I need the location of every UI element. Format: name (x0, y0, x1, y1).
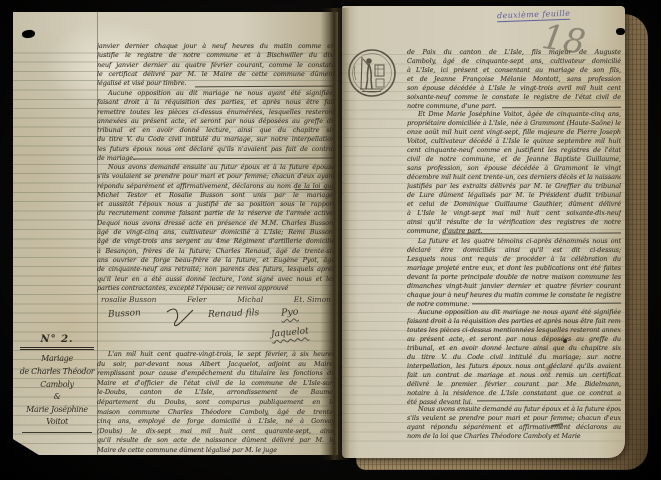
handwritten-line: remplissant pour cause d'empêchement du … (97, 369, 335, 379)
handwritten-line: ans ouvrier de forge beau-frère de la fu… (97, 256, 335, 265)
handwritten-line: le-Doubs, canton de L'Isle, arrondisseme… (97, 388, 335, 398)
handwritten-line: de cinquante-neuf ans retraité; non pare… (97, 265, 335, 274)
handwritten-line: à L'Isle, ici présent et consentant au m… (407, 66, 621, 75)
handwritten-line: remettre toutes les pièces ci-dessus énu… (97, 108, 335, 117)
register-scan: janvier dernier chaque jour à neuf heure… (0, 0, 661, 480)
handwritten-line: et aussitôt l'époux nous a justifié de s… (97, 200, 335, 209)
handwritten-line: commune, d'autre part. (407, 227, 621, 236)
left-page: janvier dernier chaque jour à neuf heure… (13, 12, 338, 455)
page-number: 18 (539, 17, 588, 63)
ink-speck (563, 339, 567, 343)
right-paragraph-publications: La future et les quatre témoins ci-après… (407, 237, 621, 309)
margin-divider (20, 349, 94, 350)
handwritten-line: à L'Isle le vingt-sept mai mil huit cent… (407, 209, 621, 218)
handwritten-line: département du Doubs, sont comparus publ… (97, 398, 335, 408)
handwritten-line: neuf janvier dernier au quatre février c… (97, 61, 335, 70)
right-paragraph-bride: Et Dme Marie Joséphine Voitot, âgée de c… (407, 110, 621, 236)
handwritten-line: s'ils voulaient se prendre pour mari et … (97, 172, 335, 181)
handwritten-line: onze août mil huit cent vingt-sept, fill… (407, 128, 621, 137)
handwritten-line: au présent acte, et seront par nous dépo… (407, 335, 621, 344)
handwritten-line: son épouse décédée à L'Isle le vingt-tro… (407, 84, 621, 93)
signature: rosalie Busson (101, 295, 156, 304)
handwritten-line: Voitot (18, 416, 96, 429)
handwritten-line: (Doubs) le dix-sept mai mil huit cent qu… (97, 427, 335, 437)
left-paragraph-union-declaration: Nous avons demandé ensuite au futur épou… (97, 163, 335, 293)
handwritten-line: janvier dernier chaque jour à neuf heure… (97, 42, 335, 51)
handwritten-line: du recrutement comme faisant partie de l… (97, 209, 335, 218)
timbre-stamp-icon (347, 46, 397, 100)
signature: Pyo (281, 306, 299, 318)
handwritten-line: annexées au présent acte, et seront par … (97, 117, 335, 126)
margin-divider (20, 347, 94, 348)
handwritten-line: du soir, par-devant nous Albert Jacquelo… (97, 360, 335, 370)
handwritten-line: Maire de cette commune dûment légalisé p… (97, 446, 335, 456)
handwritten-line: du titre V. du Code civil intitulé du ma… (407, 353, 621, 362)
handwritten-line: et de Jeanne Françoise Mélanie Montott, … (407, 75, 621, 84)
handwritten-line: décembre mil huit cent trente-un, ces de… (407, 173, 621, 182)
handwritten-line: Et Dme Marie Joséphine Voitot, âgée de c… (407, 110, 621, 119)
signature-paraph (163, 306, 197, 328)
paper-stain (543, 364, 554, 373)
handwritten-line: maison commune Charles Théodore Camboly,… (97, 408, 335, 418)
handwritten-line: déclaré être domiciliés ainsi qu'il est … (407, 246, 621, 255)
witness-written-names-row: rosalie Busson Feler Michal Et. Simon (101, 295, 331, 304)
handwritten-line: de Lure dûment légalisés par M. le Prési… (407, 191, 621, 200)
handwritten-line: toutes les pièces ci-dessus mentionnées … (407, 326, 621, 335)
signature: Renaud fils (208, 308, 260, 320)
left-paragraph-act2-opening: L'an mil huit cent quatre-vingt-trois, l… (97, 350, 335, 456)
handwritten-line: propriétaire domiciliée à L'Isle, née à … (407, 119, 621, 128)
handwritten-line: dimanches vingt-huit janvier dernier et … (407, 282, 621, 291)
handwritten-line: qu'il résulte de son acte de naissance d… (97, 436, 335, 446)
handwritten-line: le certificat délivré par M. le Maire de… (97, 70, 335, 79)
handwritten-line: les futurs époux nous ont déclaré qu'ils… (97, 145, 335, 154)
handwritten-line: faisant droit à la réquisition des parti… (407, 317, 621, 326)
handwritten-line: chaque jour à neuf heures du matin comme… (407, 291, 621, 300)
handwritten-line: fait un contrat de mariage et nous ont r… (407, 371, 621, 380)
handwritten-line: soixante-neuf comme le constate le regis… (407, 93, 621, 102)
handwritten-line: sans profession, son épouse décédée à Gr… (407, 164, 621, 173)
handwritten-line: parties contractantes, excepté l'épouse;… (97, 284, 335, 293)
handwritten-line: Dequoi nous avons dressé acte en présenc… (97, 219, 335, 228)
handwritten-line: s'ils veulent se prendre pour mari et po… (407, 414, 621, 423)
handwritten-line: Maire et d'officier de l'état civil de l… (97, 379, 335, 389)
handwritten-line: délivré le premier février courant par M… (407, 380, 621, 389)
handwritten-line: cent cinquante-neuf comme en justifient … (407, 146, 621, 155)
handwritten-line: mariage projeté entre eux, et dont les p… (407, 264, 621, 273)
left-paragraph-publications: janvier dernier chaque jour à neuf heure… (97, 42, 335, 88)
handwritten-line: de Charles Théodor (18, 366, 96, 379)
right-paragraph-no-opposition-contract: Aucune opposition au dit mariage ne nous… (407, 308, 621, 407)
handwritten-line: Aucune opposition au dit mariage ne nous… (407, 308, 621, 317)
handwritten-line: Lesquels nous ont requis de procéder à l… (407, 255, 621, 264)
handwritten-line: qu'il leur en a été aussi donné lecture,… (97, 275, 335, 284)
handwritten-line: ainsi qu'il résulte de la vérification d… (407, 218, 621, 227)
handwritten-line: à Besançon, frères de la future; Charles… (97, 247, 335, 256)
handwritten-line: Marie Joséphine (18, 404, 96, 417)
handwritten-line: devant la porte principale double de not… (407, 273, 621, 282)
handwritten-line: Voitot, cultivateur décédé à L'Isle le q… (407, 137, 621, 146)
signature: Michal (237, 295, 263, 304)
binding-gutter-shadow (320, 8, 350, 460)
handwritten-line: L'an mil huit cent quatre-vingt-trois, l… (97, 350, 335, 360)
handwritten-line: interpellation, les futurs époux nous on… (407, 362, 621, 371)
handwritten-line: tribunal, et en avoir donné lecture ains… (407, 344, 621, 353)
handwritten-line: civil de notre commune, et de Jeanne Bap… (407, 155, 621, 164)
punch-hole-right (616, 28, 625, 35)
handwritten-line: et celui de Dominique Guillaume Gauthier… (407, 200, 621, 209)
handwritten-line: de Paix du canton de L'Isle, fils majeur… (407, 48, 621, 57)
right-paragraph-consent: Nous avons ensuite demandé au futur épou… (407, 405, 621, 441)
handwritten-line: tribunal et en avoir donné lecture, ains… (97, 126, 335, 135)
right-paragraph-groom: de Paix du canton de L'Isle, fils majeur… (407, 48, 621, 111)
handwritten-line: nom de la loi que Charles Théodore Cambo… (407, 432, 621, 441)
margin-note-act-2: N° 2. Mariagede Charles ThéodorCamboly&M… (18, 334, 96, 433)
handwritten-line: & (18, 391, 96, 404)
handwritten-line: Mariage (18, 353, 96, 366)
handwritten-line: ayant répondu séparément et affirmativem… (407, 423, 621, 432)
right-page: deuxième feuille 18 de Paix du canton de… (342, 6, 625, 458)
signature: Feler (187, 295, 207, 304)
handwritten-line: justifiés par les extraits délivrés par … (407, 182, 621, 191)
handwritten-line: justifie le registre de notre commune et… (97, 51, 335, 60)
handwritten-line: Aucune opposition au dit mariage ne nous… (97, 89, 335, 98)
handwritten-line: Nous avons ensuite demandé au futur épou… (407, 405, 621, 414)
handwritten-line: faisant droit à la réquisition des parti… (97, 98, 335, 107)
handwritten-line: Camboly (18, 379, 96, 392)
act-number: N° 2. (18, 334, 96, 345)
margin-note-names: Mariagede Charles ThéodorCamboly&Marie J… (18, 353, 96, 429)
handwritten-line: du titre V. du Code civil intitulé du ma… (97, 135, 335, 144)
left-paragraph-no-opposition: Aucune opposition au dit mariage ne nous… (97, 89, 335, 163)
handwritten-line: Camboly, âgé de cinquante-sept ans, cult… (407, 57, 621, 66)
officiant-signature: Jaquelot (271, 326, 310, 339)
handwritten-line: Nous avons demandé ensuite au futur épou… (97, 163, 335, 172)
margin-divider (22, 432, 92, 433)
handwritten-line: âgé de vingt-cinq ans, cultivateur domic… (97, 228, 335, 237)
handwritten-line: âgé de vingt-trois ans sergent au 4me Ré… (97, 237, 335, 246)
handwritten-line: cinq ans, employé de forge domicilié à L… (97, 417, 335, 427)
handwritten-line: Michel Testor et Rosalie Busson sont uni… (97, 191, 335, 200)
signature: Busson (108, 308, 141, 320)
handwritten-line: La future et les quatre témoins ci-après… (407, 237, 621, 246)
handwritten-line: notaire à la résidence de L'Isle constat… (407, 389, 621, 398)
